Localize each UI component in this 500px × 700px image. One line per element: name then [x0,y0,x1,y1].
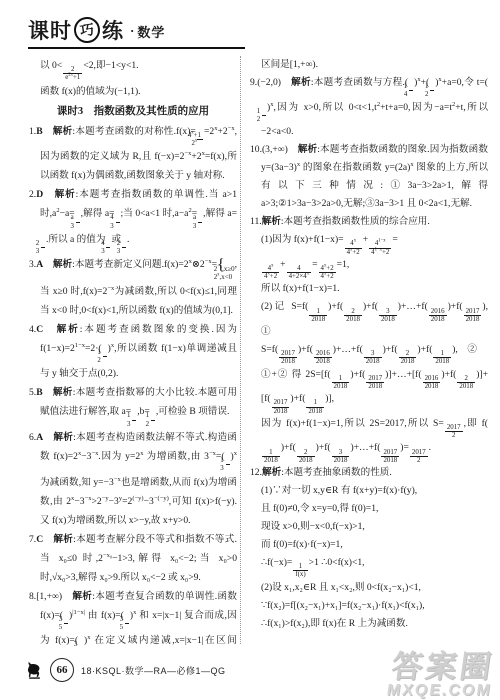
text-line: 课时3 指数函数及其性质的应用 [29,101,237,122]
text-line: ①+② 得 2S=[f(12018)+f(20172018)]+…+[f(201… [250,366,488,415]
text-line: 以 0<2e2x+1<2,即−1<y<1. [29,56,237,82]
text-line: ∴f(−x)=1f(x)>1 ∴0<f(x)<1, [250,554,488,579]
answer-site-watermark: 答案圈 MXQE.COM [386,651,498,700]
text-line: 现设 x>0,则−x<0,f(−x)>1, [250,518,488,536]
text-line: (1)∵对一切 x,y∈R 有 f(x+y)=f(x)·f(y), [250,482,488,500]
text-line: 而 f(0)=f(x)·f(−x)=1, [250,536,488,554]
text-line: 5.B 解析:本题考查指数幂的大小比较.本题可用赋值法进行解答,取 a=13,b… [29,383,237,428]
brand-separator-dot: · [130,23,134,39]
left-column: 以 0<2e2x+1<2,即−1<y<1.函数 f(x)的值域为(−1,1).课… [29,56,237,648]
text-line: 2.D 解析:本题考查指数函数的单调性.当 a>1 时,a2−a=a3,解得 a… [29,185,237,255]
brand-logo: 课时 巧 练 · 数学 [28,18,165,49]
page-number-badge: 66 [50,658,74,682]
text-line: 1.B 解析:本题考查函数的对称性.f(x)=4x+12x=2x+2−x,因为函… [29,122,237,186]
text-line: 12.解析:本题考查抽象函数的性质. [250,464,488,482]
text-line: ∵f(x₂)=f[(x₂−x₁)+x₁]=f(x₂−x₁)·f(x₁)<f(x₁… [250,597,488,615]
text-line: 3.A 解析:本题考查新定义问题.f(x)=2x⊗2−x={2−x,x≥02x,… [29,255,237,319]
watermark-site-url: MXQE.COM [386,682,493,700]
text-line: 函数 f(x)的值域为(−1,1). [29,82,237,101]
edition-code: 18·KSQL·数学—RA—必修1—QG [81,664,226,677]
brand-header: 课时 巧 练 · 数学 [28,18,245,49]
text-line: 11.解析:本题考查指数函数性质的综合应用. [250,213,488,231]
text-line: 区间是[1,+∞). [250,56,488,74]
text-line: 9.(−2,0) 解析:本题考查函数与方程.(14)x+(12)x+a=0,令 … [250,74,488,141]
watermark-title: 答案圈 [388,651,497,682]
goat-logo-icon [26,661,43,680]
text-line: (2)设 x₁,x₂∈R 且 x₁<x₂,则 0<f(x₂−x₁)<1, [250,579,488,597]
text-line: 7.C 解析:本题考查解分段不等式和指数不等式.当 x₀≤0 时,2−x₀−1>… [29,530,237,587]
text-line: 6.A 解析:本题考查构造函数法解不等式.构造函数 f(x)=2x−3−x.因为… [29,428,237,530]
text-line: (1)因为 f(x)+f(1−x)=4x4x+2+41−x41−x+2= [250,231,488,256]
solutions-content: 以 0<2e2x+1<2,即−1<y<1.函数 f(x)的值域为(−1,1).课… [0,56,500,648]
brand-circle-qiao: 巧 [72,15,101,44]
text-line: (2)记 S=f(12018)+f(22018)+f(32018)+…+f(20… [250,298,488,341]
brand-subject: 数学 [137,22,165,41]
text-line: ∴f(x₁)>f(x₂),即 f(x)在 R 上为减函数. [250,615,488,633]
column-divider [240,56,241,644]
text-line: 因为 f(x)+f(1−x)=1,所以 2S=2017,所以 S=20172,即… [250,415,488,464]
page-footer: 66 18·KSQL·数学—RA—必修1—QG [26,658,226,682]
text-line: S=f(20172018)+f(20162018)+…+f(32018)+f(2… [250,341,488,366]
brand-text-keshi: 课时 [28,21,72,42]
text-line: 4x4x+2+44+2×4x=4x+24x+2=1, [250,256,488,281]
text-line: 所以 f(x)+f(1−x)=1. [250,280,488,298]
text-line: 10.(3,+∞) 解析:本题考查指数函数的图象.因为指数函数 y=(3a−3)… [250,141,488,213]
text-line: 4.C 解析:本题考查函数图象的变换.因为 f(1−x)=21−x=2·(12)… [29,320,237,384]
text-line: 且 f(0)≠0,令 x=y=0,得 f(0)=1, [250,500,488,518]
text-line: 8.[1,+∞) 解析:本题考查复合函数的单调性.函数 f(x)=(35)|1−… [29,587,237,648]
brand-underline [165,47,245,49]
right-column: 区间是[1,+∞).9.(−2,0) 解析:本题考查函数与方程.(14)x+(1… [250,56,488,648]
brand-text-lian: 练 [102,21,124,42]
workbook-answer-page: 课时 巧 练 · 数学 以 0<2e2x+1<2,即−1<y<1.函数 f(x)… [0,0,500,700]
